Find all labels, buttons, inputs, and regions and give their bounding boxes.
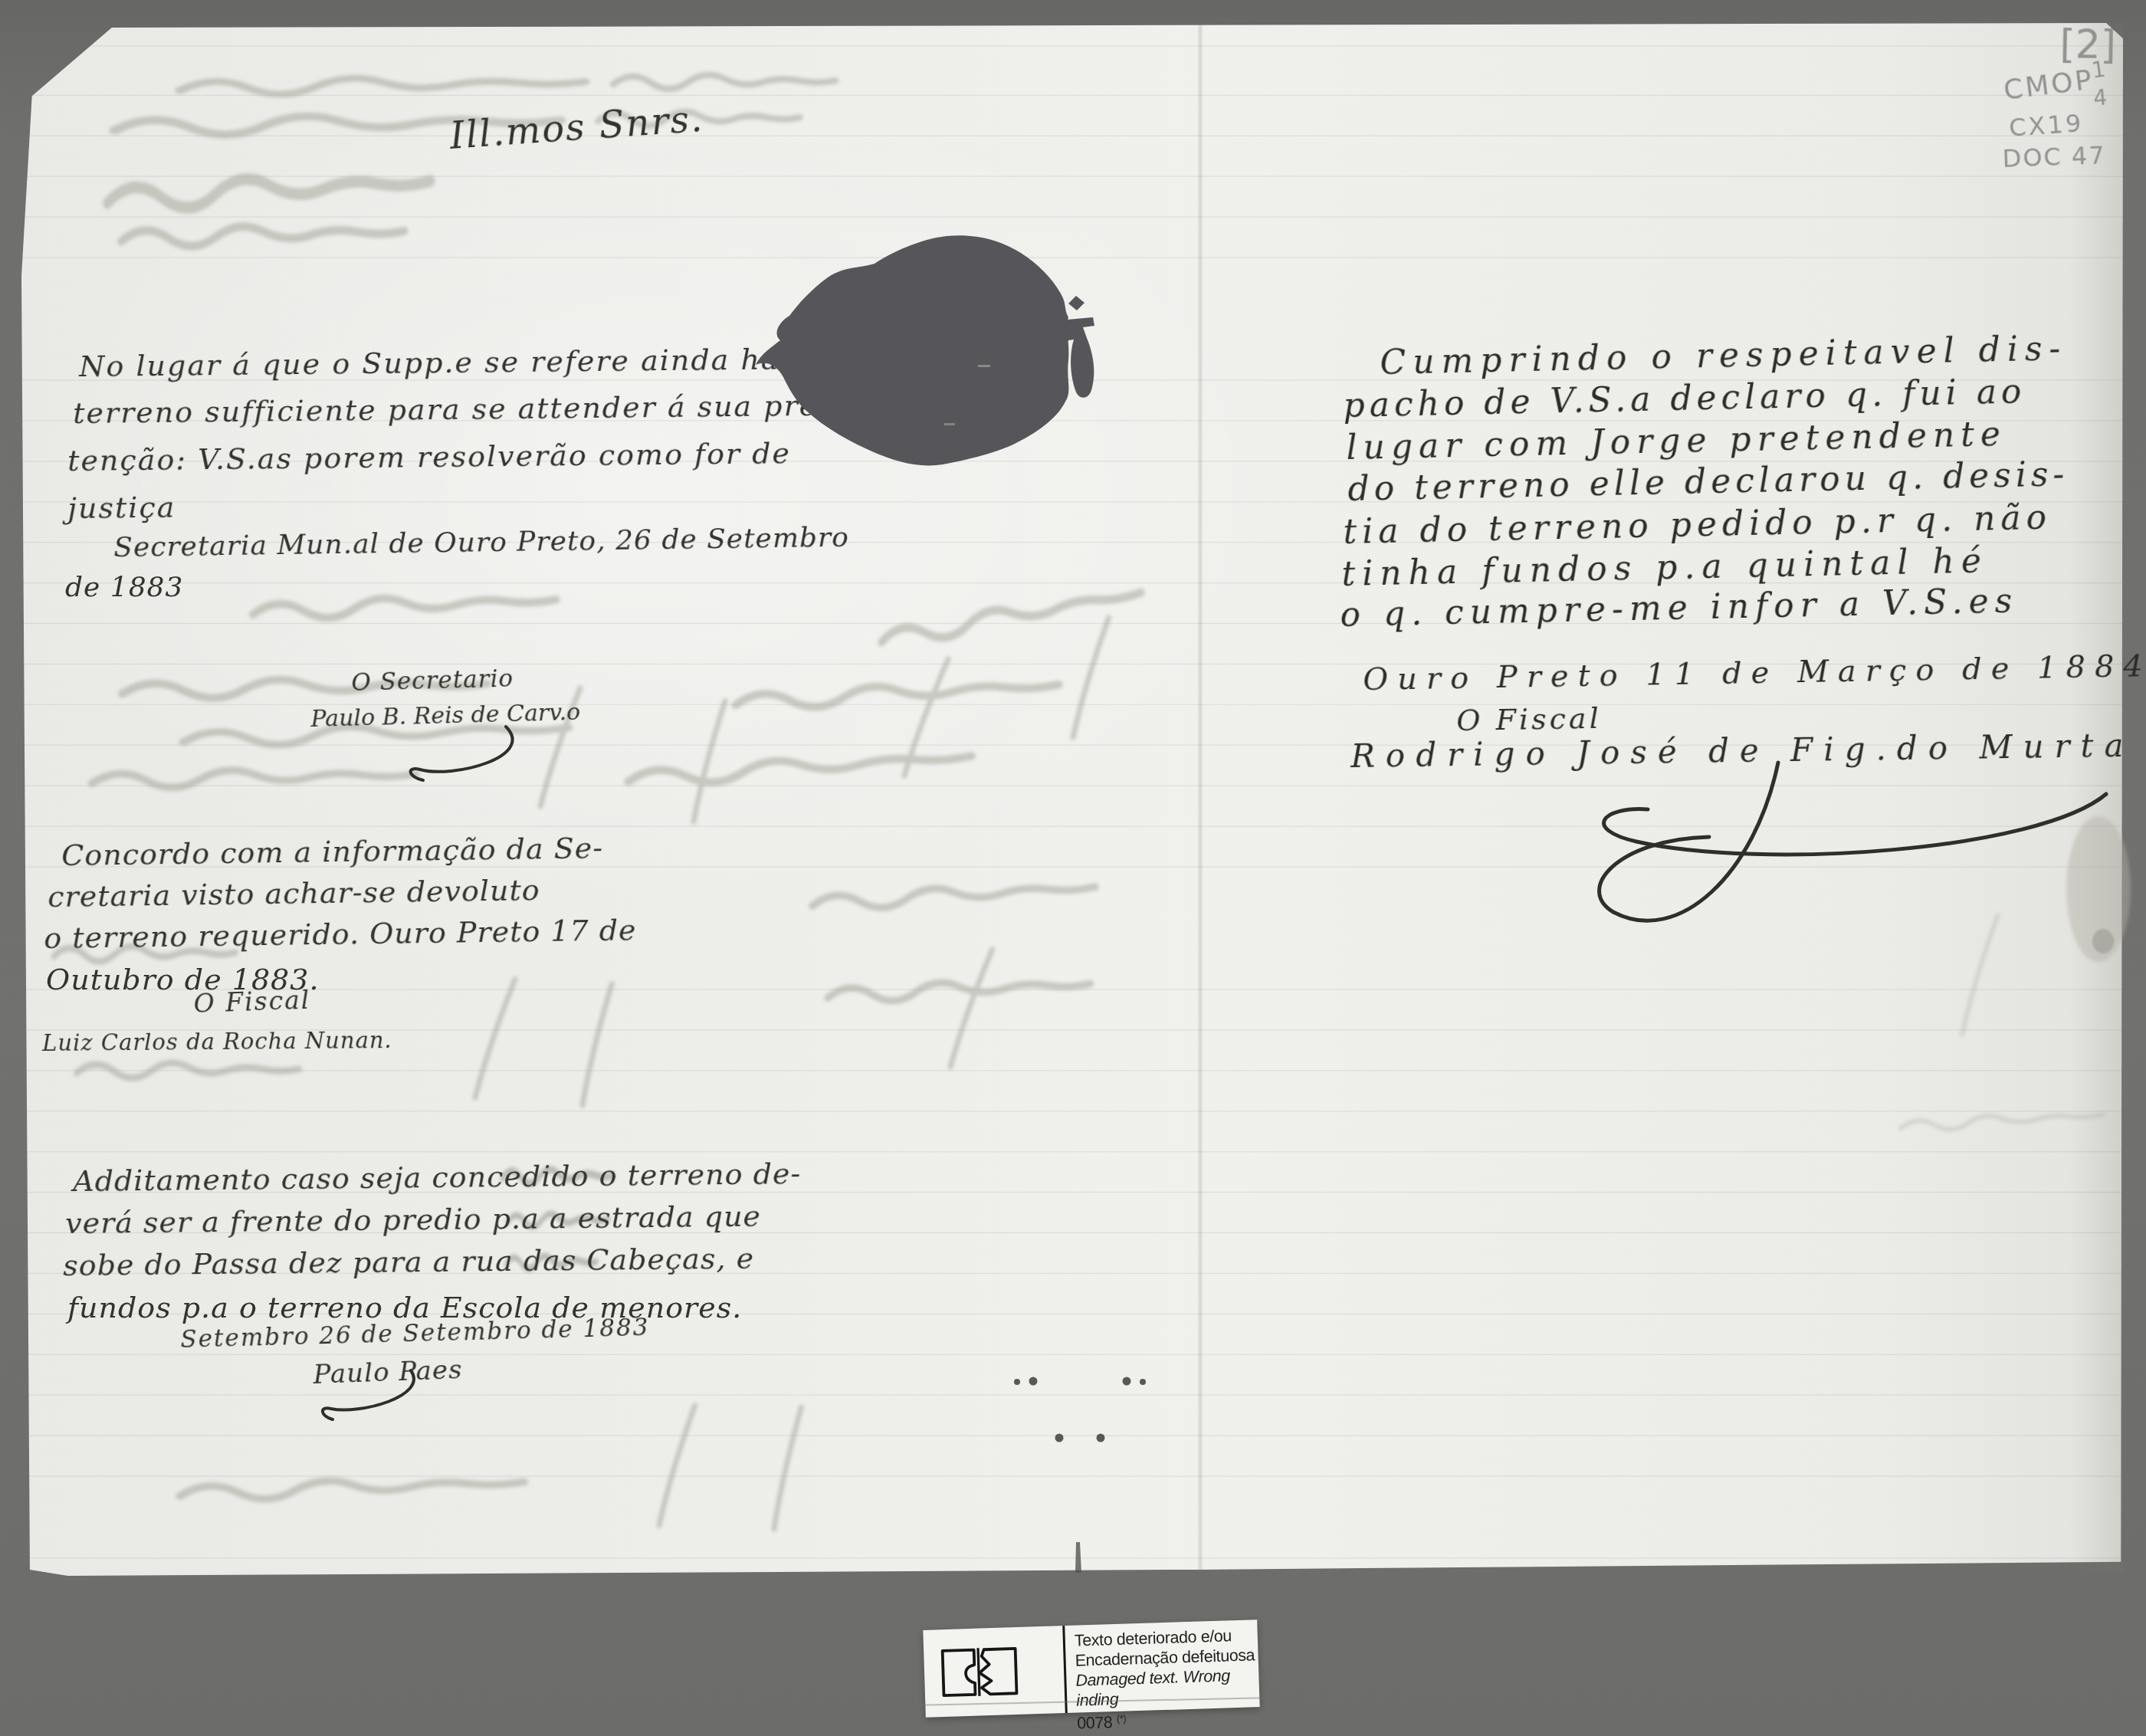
secretary-title: O Secretario [351,665,514,697]
opinion-line: justiça [67,491,176,525]
stamp-number: 0078 [1077,1713,1113,1732]
scanned-document: Ill.mos Snrs. No lugar á que o Supp.e se… [0,0,2146,1736]
damage-stamp-label: Texto deteriorado e/ou Encadernação defe… [923,1620,1259,1718]
left-dateline-year: de 1883 [65,572,183,603]
box-annotation: CX19 [2008,108,2084,143]
stamp-text-en: Damaged text. Wrong inding [1075,1665,1260,1710]
stamp-number-row: 0078 (*) [1077,1705,1261,1733]
page-number-annotation: [2] [2059,21,2117,68]
collection-fraction-bottom: 4 [2092,84,2108,110]
left-fiscal-title: O Fiscal [193,985,311,1019]
right-edge-shading [2069,23,2123,1573]
stamp-number-note: (*) [1117,1713,1127,1725]
center-fold-crease [1197,23,1203,1573]
addendum-signature: Paulo Paes [313,1354,463,1390]
doc-annotation: DOC 47 [2002,140,2106,173]
right-fiscal-title: O Fiscal [1456,701,1602,737]
addendum-line: sobe do Passa dez para a rua das Cabeças… [63,1242,754,1282]
left-fiscal-signature: Luiz Carlos da Rocha Nunan. [42,1027,392,1056]
concordo-line: cretaria visto achar-se devoluto [48,873,540,914]
damaged-book-icon [937,1644,1022,1700]
